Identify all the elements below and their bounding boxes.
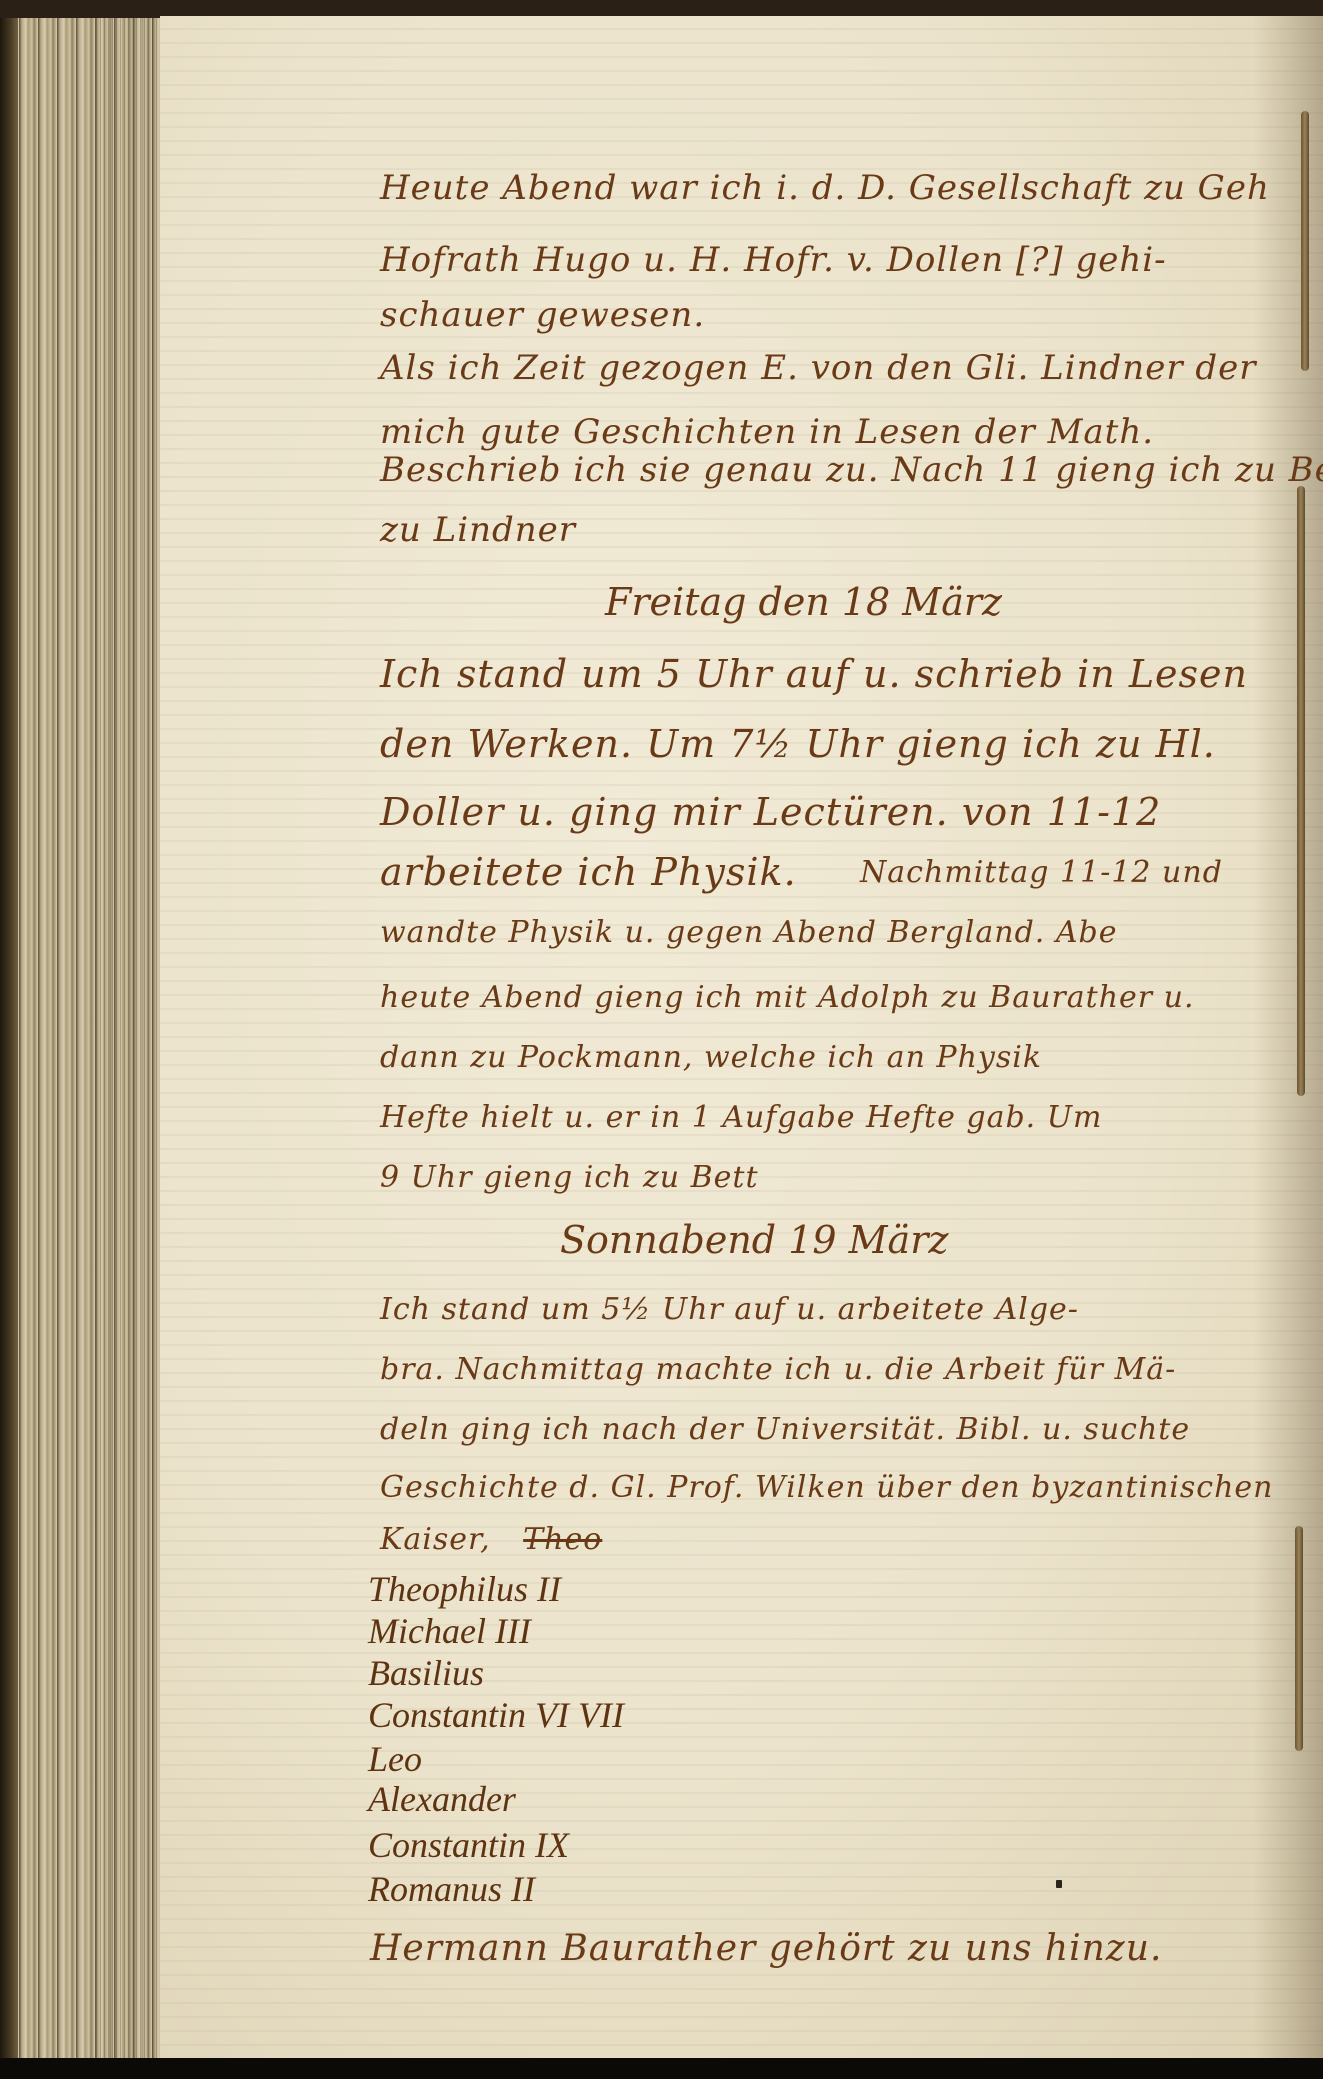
text-line: arbeitete ich Physik.: [380, 850, 797, 894]
text-line: heute Abend gieng ich mit Adolph zu Baur…: [380, 980, 1195, 1015]
text-line: Kaiser, Theo: [380, 1522, 602, 1557]
text-line: Heute Abend war ich i. d. D. Gesellschaf…: [380, 168, 1270, 208]
struck-through-word: Theo: [523, 1522, 602, 1557]
page-stack-edge: [0, 18, 168, 2060]
text-line: Geschichte d. Gl. Prof. Wilken über den …: [380, 1470, 1274, 1505]
emperor-name: Constantin IX: [368, 1824, 569, 1866]
emperor-name: Romanus II: [368, 1868, 535, 1910]
scan-bottom-border: [0, 2058, 1323, 2079]
text-line: bra. Nachmittag machte ich u. die Arbeit…: [380, 1352, 1176, 1387]
text-line: 9 Uhr gieng ich zu Bett: [380, 1160, 759, 1195]
emperor-name: Alexander: [368, 1778, 516, 1820]
binding-thread-icon: [1297, 486, 1305, 1096]
emperor-name: Constantin VI VII: [368, 1694, 624, 1736]
emperor-name: Leo: [368, 1738, 422, 1780]
gutter-shadow: [1253, 16, 1323, 2060]
text-line: Hofrath Hugo u. H. Hofr. v. Dollen [?] g…: [380, 240, 1167, 280]
text-line: mich gute Geschichten in Lesen der Math.: [380, 412, 1154, 452]
text-line: Ich stand um 5 Uhr auf u. schrieb in Les…: [380, 652, 1248, 696]
text-fragment: Kaiser,: [380, 1522, 491, 1557]
entry-date-heading: Sonnabend 19 März: [560, 1218, 948, 1262]
text-line: dann zu Pockmann, welche ich an Physik: [380, 1040, 1042, 1075]
text-line: Beschrieb ich sie genau zu. Nach 11 gien…: [380, 450, 1323, 490]
closing-line: Hermann Baurather gehört zu uns hinzu.: [370, 1928, 1162, 1969]
emperor-name: Theophilus II: [368, 1568, 561, 1610]
binding-thread-icon: [1295, 1526, 1303, 1751]
emperor-name: Michael III: [368, 1610, 531, 1652]
text-line: Nachmittag 11-12 und: [860, 855, 1223, 890]
text-line: deln ging ich nach der Universität. Bibl…: [380, 1412, 1190, 1447]
text-line: Hefte hielt u. er in 1 Aufgabe Hefte gab…: [380, 1100, 1102, 1135]
text-line: schauer gewesen.: [380, 295, 705, 335]
text-line: Doller u. ging mir Lectüren. von 11-12: [380, 790, 1161, 834]
binding-thread-icon: [1301, 111, 1309, 371]
text-line: zu Lindner: [380, 510, 576, 550]
book-scan: Heute Abend war ich i. d. D. Gesellschaf…: [0, 0, 1323, 2060]
text-line: den Werken. Um 7½ Uhr gieng ich zu Hl.: [380, 722, 1216, 766]
manuscript-page: [160, 16, 1323, 2060]
text-line: Als ich Zeit gezogen E. von den Gli. Lin…: [380, 348, 1257, 388]
entry-date-heading: Freitag den 18 März: [605, 580, 1002, 624]
emperor-name: Basilius: [368, 1652, 484, 1694]
text-line: Ich stand um 5½ Uhr auf u. arbeitete Alg…: [380, 1292, 1079, 1327]
text-line: wandte Physik u. gegen Abend Bergland. A…: [380, 915, 1118, 950]
ink-speck: [1056, 1880, 1062, 1888]
